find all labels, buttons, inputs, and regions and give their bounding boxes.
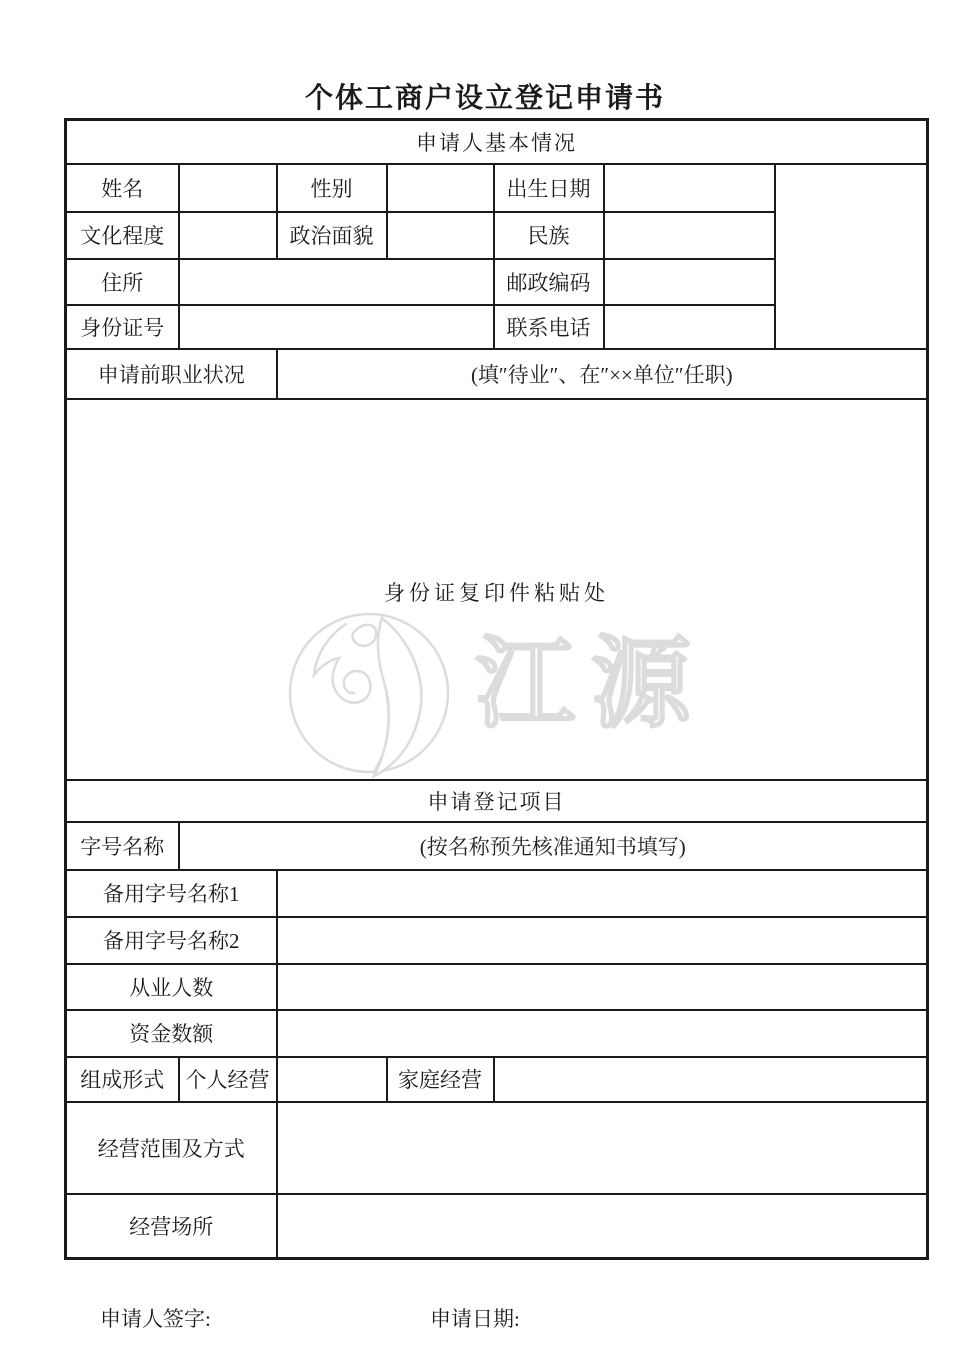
business-scope-input-cell[interactable]	[277, 1102, 928, 1194]
education-label: 文化程度	[66, 212, 179, 259]
political-status-label: 政治面貌	[277, 212, 387, 259]
composition-label: 组成形式	[66, 1057, 179, 1102]
individual-operation-label: 个人经营	[179, 1057, 277, 1102]
phone-input-cell[interactable]	[604, 305, 775, 349]
backup-name-1-label: 备用字号名称1	[66, 870, 277, 917]
pre-occupation-label: 申请前职业状况	[66, 349, 277, 399]
trade-name-label: 字号名称	[66, 822, 179, 870]
application-date-label: 申请日期:	[430, 1303, 520, 1333]
application-form-table: 申请人基本情况 姓名 性别 出生日期 文化程度 政治面貌 民族 住所 邮政编码 …	[64, 118, 929, 1260]
section-title-basic-info: 申请人基本情况	[66, 120, 928, 164]
backup-name-2-input-cell[interactable]	[277, 917, 928, 964]
id-copy-paste-area[interactable]: 身份证复印件粘贴处 江源	[66, 399, 928, 780]
name-input-cell[interactable]	[179, 164, 277, 212]
applicant-signature-label: 申请人签字:	[100, 1303, 211, 1333]
business-premises-input-cell[interactable]	[277, 1194, 928, 1259]
residence-input-cell[interactable]	[179, 259, 494, 305]
ethnicity-label: 民族	[494, 212, 604, 259]
birth-date-input-cell[interactable]	[604, 164, 775, 212]
name-label: 姓名	[66, 164, 179, 212]
id-copy-paste-label: 身份证复印件粘贴处	[67, 577, 926, 607]
postal-code-input-cell[interactable]	[604, 259, 775, 305]
individual-operation-input-cell[interactable]	[277, 1057, 387, 1102]
employees-label: 从业人数	[66, 964, 277, 1010]
watermark-text: 江源	[475, 634, 707, 734]
capital-input-cell[interactable]	[277, 1010, 928, 1057]
phone-label: 联系电话	[494, 305, 604, 349]
family-operation-label: 家庭经营	[387, 1057, 494, 1102]
pre-occupation-note[interactable]: (填″待业″、在″××单位″任职)	[277, 349, 928, 399]
gender-label: 性别	[277, 164, 387, 212]
education-input-cell[interactable]	[179, 212, 277, 259]
business-scope-label: 经营范围及方式	[66, 1102, 277, 1194]
backup-name-1-input-cell[interactable]	[277, 870, 928, 917]
political-status-input-cell[interactable]	[387, 212, 494, 259]
watermark-crescent-logo-icon	[284, 608, 454, 778]
backup-name-2-label: 备用字号名称2	[66, 917, 277, 964]
gender-input-cell[interactable]	[387, 164, 494, 212]
postal-code-label: 邮政编码	[494, 259, 604, 305]
family-operation-input-cell[interactable]	[494, 1057, 928, 1102]
id-number-input-cell[interactable]	[179, 305, 494, 349]
page-title: 个体工商户设立登记申请书	[0, 76, 970, 116]
id-number-label: 身份证号	[66, 305, 179, 349]
birth-date-label: 出生日期	[494, 164, 604, 212]
ethnicity-input-cell[interactable]	[604, 212, 775, 259]
business-premises-label: 经营场所	[66, 1194, 277, 1259]
form-footer: 申请人签字: 申请日期:	[0, 1303, 970, 1333]
trade-name-note[interactable]: (按名称预先核准通知书填写)	[179, 822, 928, 870]
capital-label: 资金数额	[66, 1010, 277, 1057]
employees-input-cell[interactable]	[277, 964, 928, 1010]
section-title-registration: 申请登记项目	[66, 780, 928, 822]
residence-label: 住所	[66, 259, 179, 305]
photo-area-cell[interactable]	[775, 164, 928, 349]
